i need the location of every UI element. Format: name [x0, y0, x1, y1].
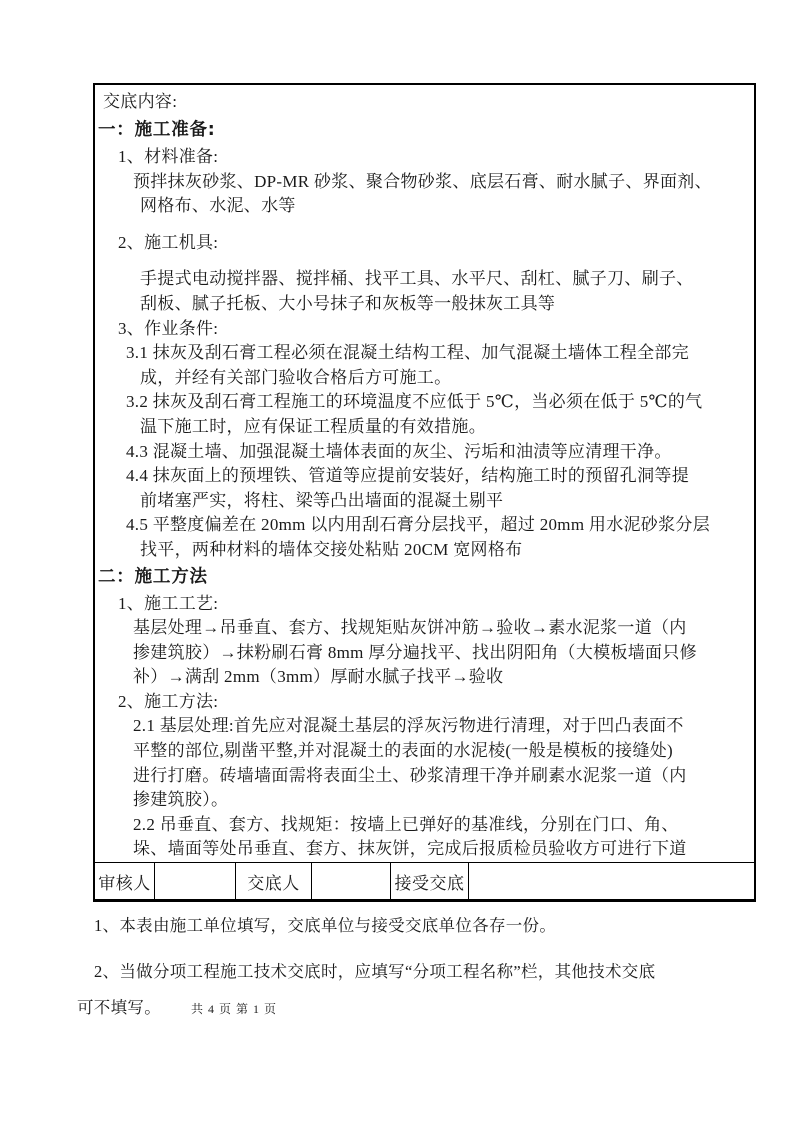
content-line: 3.1 抹灰及刮石膏工程必须在混凝土结构工程、加气混凝土墙体工程全部完: [98, 341, 750, 366]
content-line: 4.4 抹灰面上的预埋铁、管道等应提前安装好，结构施工时的预留孔洞等提: [98, 464, 750, 489]
signature-label: 审核人: [95, 863, 155, 899]
signature-row: 审核人交底人接受交底: [95, 862, 754, 899]
content-line: 刮板、腻子托板、大小号抹子和灰板等一般抹灰工具等: [98, 292, 750, 317]
content-line: 2、施工方法:: [98, 690, 750, 715]
content-line: 2.1 基层处理:首先应对混凝土基层的浮灰污物进行清理，对于凹凸表面不: [98, 714, 750, 739]
content-line: 手提式电动搅拌器、搅拌桶、找平工具、水平尺、刮杠、腻子刀、刷子、: [98, 267, 750, 292]
section-heading: 二：施工方法: [98, 563, 750, 592]
signature-label: 接受交底: [391, 863, 469, 899]
content-line: 基层处理→吊垂直、套方、找规矩贴灰饼冲筋→验收→素水泥浆一道（内: [98, 616, 750, 641]
content-line: 3、作业条件:: [98, 317, 750, 342]
footnote-1: 1、本表由施工单位填写，交底单位与接受交底单位各存一份。: [94, 912, 556, 936]
content-line: 预拌抹灰砂浆、DP-MR 砂浆、聚合物砂浆、底层石膏、耐水腻子、界面剂、: [98, 170, 750, 195]
content-line: 掺建筑胶）→抹粉刷石膏 8mm 厚分遍找平、找出阴阳角（大模板墙面只修: [98, 641, 750, 666]
signature-input-cell[interactable]: [312, 863, 391, 899]
content-line: 前堵塞严实，将柱、梁等凸出墙面的混凝土剔平: [98, 489, 750, 514]
footnote-continuation: 可不填写。: [77, 994, 161, 1018]
content-line: 3.2 抹灰及刮石膏工程施工的环境温度不应低于 5℃，当必须在低于 5℃的气: [98, 390, 750, 415]
footer-line: 可不填写。 共 4 页 第 1 页: [77, 994, 277, 1018]
content-line: 平整的部位,剔凿平整,并对混凝土的表面的水泥棱(一般是模板的接缝处): [98, 739, 750, 764]
content-line: 1、施工工艺:: [98, 592, 750, 617]
content-line: 2、施工机具:: [98, 231, 750, 256]
footnote-2: 2、当做分项工程施工技术交底时，应填写“分项工程名称”栏，其他技术交底: [94, 958, 655, 982]
disclosure-table: 交底内容: 一：施工准备:1、材料准备:预拌抹灰砂浆、DP-MR 砂浆、聚合物砂…: [93, 83, 756, 902]
signature-input-cell[interactable]: [155, 863, 236, 899]
content-header: 交底内容:: [98, 87, 750, 116]
disclosure-content-cell: 交底内容: 一：施工准备:1、材料准备:预拌抹灰砂浆、DP-MR 砂浆、聚合物砂…: [95, 85, 754, 862]
content-line: 4.5 平整度偏差在 20mm 以内用刮石膏分层找平，超过 20mm 用水泥砂浆…: [98, 513, 750, 538]
section-heading: 一：施工准备:: [98, 116, 750, 145]
content-line: 4.3 混凝土墙、加强混凝土墙体表面的灰尘、污垢和油渍等应清理干净。: [98, 440, 750, 465]
content-line: 温下施工时，应有保证工程质量的有效措施。: [98, 415, 750, 440]
content-lines: 一：施工准备:1、材料准备:预拌抹灰砂浆、DP-MR 砂浆、聚合物砂浆、底层石膏…: [98, 116, 750, 862]
page-indicator: 共 4 页 第 1 页: [191, 1000, 277, 1017]
content-line: 网格布、水泥、水等: [98, 194, 750, 219]
document-page: 交底内容: 一：施工准备:1、材料准备:预拌抹灰砂浆、DP-MR 砂浆、聚合物砂…: [0, 0, 793, 1122]
content-line: 1、材料准备:: [98, 145, 750, 170]
content-line: 垛、墙面等处吊垂直、套方、抹灰饼，完成后报质检员验收方可进行下道: [98, 837, 750, 862]
content-line: 2.2 吊垂直、套方、找规矩：按墙上已弹好的基准线，分别在门口、角、: [98, 813, 750, 838]
signature-input-cell[interactable]: [469, 863, 754, 899]
content-line: 掺建筑胶）。: [98, 788, 750, 813]
content-line: 补）→满刮 2mm（3mm）厚耐水腻子找平→验收: [98, 665, 750, 690]
signature-label: 交底人: [236, 863, 312, 899]
content-line: 成，并经有关部门验收合格后方可施工。: [98, 366, 750, 391]
content-line: 找平，两种材料的墙体交接处粘贴 20CM 宽网格布: [98, 538, 750, 563]
content-line: 进行打磨。砖墙墙面需将表面尘土、砂浆清理干净并刷素水泥浆一道（内: [98, 764, 750, 789]
